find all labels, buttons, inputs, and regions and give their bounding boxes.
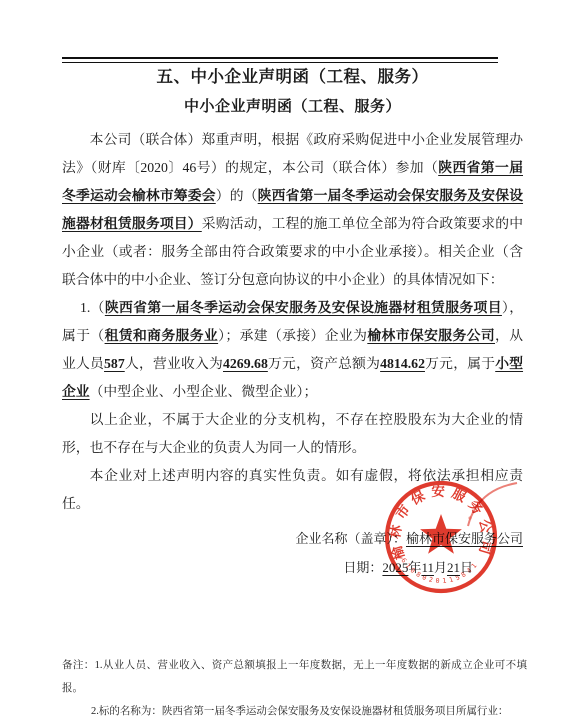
section-index-title: 五、中小企业声明函（工程、服务） (62, 63, 523, 91)
text-segment: 587 (104, 356, 125, 371)
paragraph-enterprise-detail-item-1: 1.（陕西省第一届冬季运动会保安服务及安保设施器材租赁服务项目），属于（租赁和商… (62, 294, 523, 406)
text-segment: 陕西省第一届冬季运动会保安服务及安保设施器材租赁服务项目 (105, 300, 502, 315)
paragraph-declaration-intro: 本公司（联合体）郑重声明，根据《政府采购促进中小企业发展管理办法》（财库〔202… (62, 126, 523, 294)
date-label: 日期： (343, 560, 382, 575)
footnotes: 备注：1.从业人员、营业收入、资产总额填报上一年度数据，无上一年度数据的新成立企… (62, 654, 527, 722)
footnote-1-text: 1.从业人员、营业收入、资产总额填报上一年度数据，无上一年度数据的新成立企业可不… (62, 660, 527, 694)
footnote-1: 备注：1.从业人员、营业收入、资产总额填报上一年度数据，无上一年度数据的新成立企… (62, 654, 527, 700)
text-segment: 1.（ (80, 300, 105, 315)
text-segment: 4814.62 (380, 356, 425, 371)
text-segment: 榆林市保安服务公司 (367, 328, 495, 343)
declaration-document-page: 五、中小企业声明函（工程、服务） 中小企业声明函（工程、服务） 本公司（联合体）… (0, 0, 585, 722)
document-title: 中小企业声明函（工程、服务） (62, 94, 523, 120)
paragraph-not-large-enterprise-statement: 以上企业，不属于大企业的分支机构，不存在控股股东为大企业的情形，也不存在与大企业… (62, 406, 523, 462)
footnote-2: 2.标的名称为：陕西省第一届冬季运动会保安服务及安保设施器材租赁服务项目所属行业… (62, 700, 527, 722)
text-segment: （中型企业、小型企业、微型企业）； (90, 384, 318, 399)
text-segment: 以上企业，不属于大企业的分支机构，不存在控股股东为大企业的情形，也不存在与大企业… (62, 412, 523, 455)
text-segment: 租赁和商务服务业 (105, 328, 219, 343)
footnote-2-text: 2.标的名称为：陕西省第一届冬季运动会保安服务及安保设施器材租赁服务项目所属行业… (91, 706, 508, 717)
body-paragraphs: 本公司（联合体）郑重声明，根据《政府采购促进中小企业发展管理办法》（财库〔202… (62, 126, 523, 518)
text-segment: 万元，属于 (425, 356, 495, 371)
seal-stray-ink-mark (455, 460, 575, 540)
footnote-label: 备注： (62, 660, 95, 671)
text-segment: 4269.68 (223, 356, 268, 371)
text-segment: ）的（ (216, 188, 258, 203)
text-segment: 万元，资产总额为 (268, 356, 380, 371)
text-segment: 人，营业收入为 (125, 356, 223, 371)
text-segment: ）；承建（承接）企业为 (218, 328, 367, 343)
